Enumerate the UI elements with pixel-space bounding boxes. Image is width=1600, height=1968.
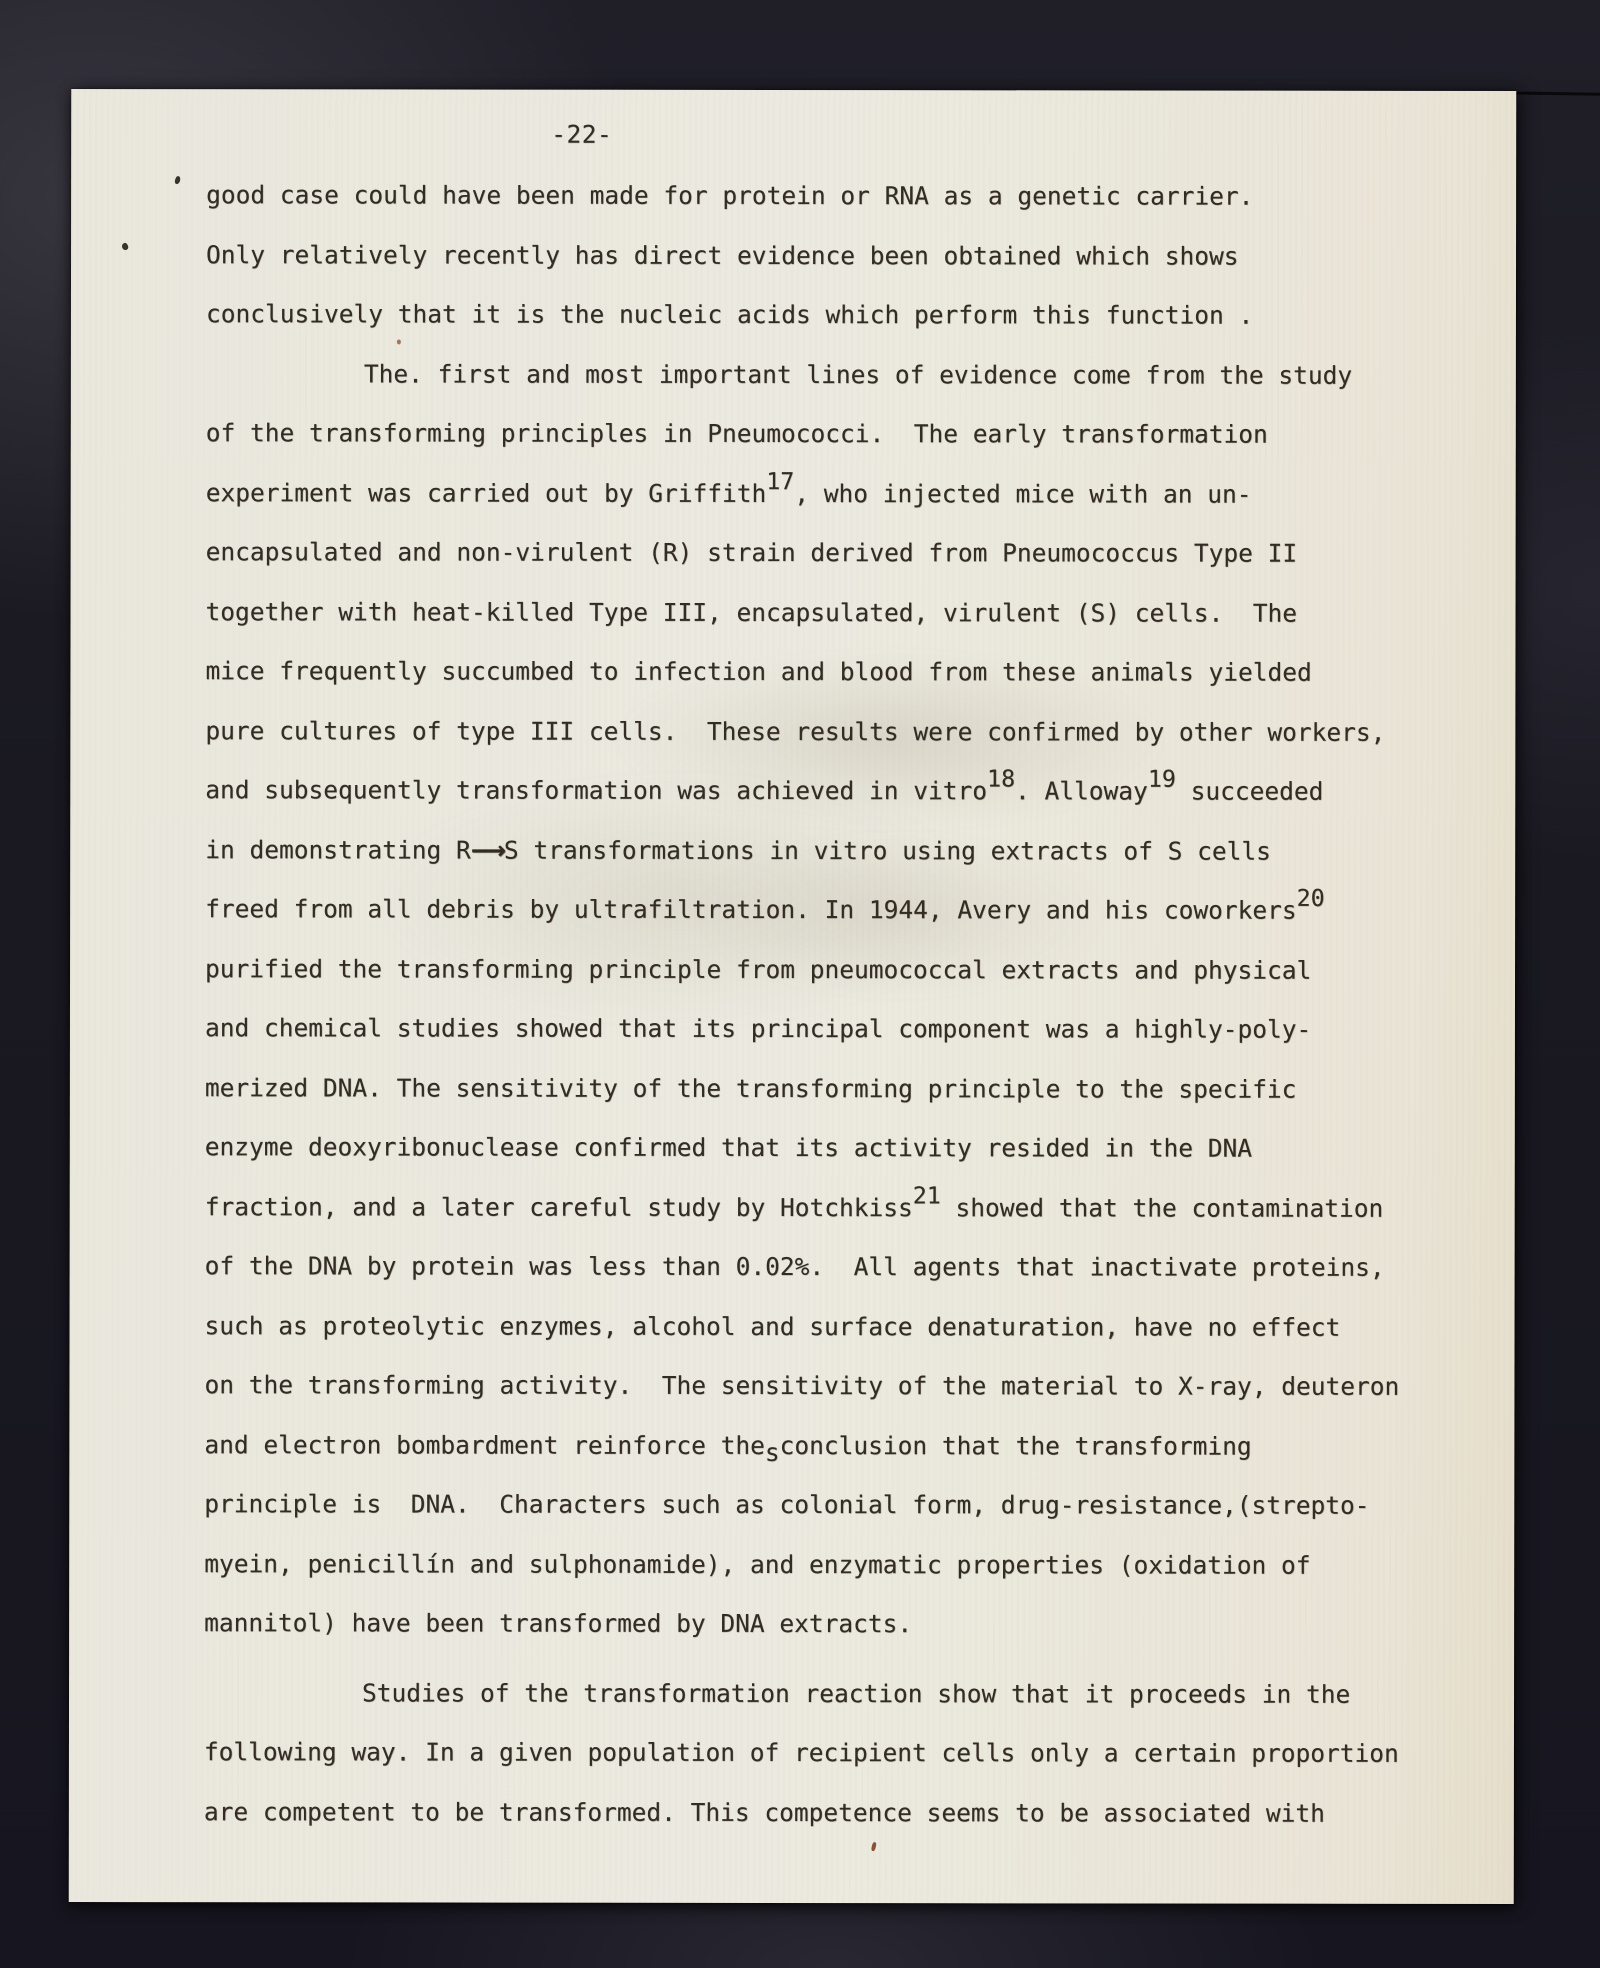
text-line: in demonstrating R⟶S transformations in … [205,835,1271,865]
text-line: myein, penicillín and sulphonamide), and… [204,1549,1310,1580]
text-line: and subsequently transformation was achi… [205,775,1323,806]
text-segment: on the transforming activity. The sensit… [204,1370,1399,1401]
text-segment: and chemical studies showed that its pri… [205,1013,1311,1044]
text-segment: such as proteolytic enzymes, alcohol and… [205,1311,1341,1342]
text-segment: . Alloway [1015,776,1148,805]
text-segment: freed from all debris by ultrafiltration… [205,894,1297,925]
citation-superscript: 19 [1148,766,1176,793]
ink-speck [174,176,181,185]
text-line: purified the transforming principle from… [205,954,1311,985]
typo-subscript: s [765,1437,780,1466]
r-to-s-arrow-icon: ⟶ [471,835,504,864]
text-line: such as proteolytic enzymes, alcohol and… [205,1311,1341,1342]
text-line: of the DNA by protein was less than 0.02… [205,1251,1385,1282]
citation-superscript: 18 [987,765,1015,792]
text-line: encapsulated and non-virulent (R) strain… [206,537,1298,568]
text-segment: Only relatively recently has direct evid… [206,240,1239,270]
text-line: on the transforming activity. The sensit… [204,1370,1399,1401]
text-segment: enzyme deoxyribonuclease confirmed that … [205,1132,1252,1162]
text-segment: mannitol) have been transformed by DNA e… [204,1608,912,1638]
text-line: conclusively that it is the nucleic acid… [206,299,1253,329]
text-segment: pure cultures of type III cells. These r… [205,716,1385,747]
citation-superscript: 20 [1297,885,1325,912]
text-segment: good case could have been made for prote… [206,180,1253,210]
text-segment: together with heat-killed Type III, enca… [206,597,1298,628]
text-segment: merized DNA. The sensitivity of the tran… [205,1073,1297,1104]
text-line: The. first and most important lines of e… [206,359,1352,390]
text-segment: conclusively that it is the nucleic acid… [206,299,1253,329]
text-line: merized DNA. The sensitivity of the tran… [205,1073,1297,1104]
document-page: -22- good case could have been made for … [69,89,1517,1904]
text-segment: principle is DNA. Characters such as col… [204,1489,1369,1520]
text-segment: are competent to be transformed. This co… [204,1797,1325,1828]
text-segment: purified the transforming principle from… [205,954,1311,985]
text-segment: fraction, and a later careful study by H… [205,1192,913,1222]
text-line: and electron bombardment reinforce thesc… [204,1430,1251,1460]
text-line: enzyme deoxyribonuclease confirmed that … [205,1132,1252,1162]
text-segment: conclusion that the transforming [780,1430,1252,1460]
citation-superscript: 17 [766,468,794,495]
text-line: fraction, and a later careful study by H… [205,1192,1384,1223]
text-segment: The. first and most important lines of e… [364,359,1352,389]
text-segment: and subsequently transformation was achi… [205,775,987,805]
text-line: principle is DNA. Characters such as col… [204,1489,1369,1520]
text-segment: following way. In a given population of … [204,1737,1399,1768]
document-text: good case could have been made for prote… [71,89,1516,91]
text-line: pure cultures of type III cells. These r… [205,716,1385,747]
text-line: good case could have been made for prote… [206,180,1253,210]
text-segment: succeeded [1176,777,1324,806]
text-segment: myein, penicillín and sulphonamide), and… [204,1549,1310,1580]
text-line: following way. In a given population of … [204,1737,1399,1768]
text-segment: showed that the contamination [941,1193,1384,1223]
citation-superscript: 21 [913,1182,941,1209]
text-segment: Studies of the transformation reaction s… [362,1678,1350,1708]
text-line: mice frequently succumbed to infection a… [205,656,1311,687]
text-line: of the transforming principles in Pneumo… [206,418,1268,448]
text-segment: mice frequently succumbed to infection a… [205,656,1311,687]
text-line: Only relatively recently has direct evid… [206,240,1239,270]
text-line: and chemical studies showed that its pri… [205,1013,1311,1044]
text-segment: of the transforming principles in Pneumo… [206,418,1268,448]
text-line: Studies of the transformation reaction s… [204,1678,1350,1709]
text-segment: S transformations in vitro using extract… [504,835,1271,865]
desk-background: -22- good case could have been made for … [0,0,1600,1968]
ink-speck [871,1842,877,1852]
text-line: are competent to be transformed. This co… [204,1797,1325,1828]
text-segment: and electron bombardment reinforce the [204,1430,765,1460]
text-line: mannitol) have been transformed by DNA e… [204,1608,912,1638]
text-segment: of the DNA by protein was less than 0.02… [205,1251,1385,1282]
ink-speck [121,242,130,251]
text-line: experiment was carried out by Griffith17… [206,478,1252,508]
text-segment: , who injected mice with an un- [794,479,1251,509]
text-segment: encapsulated and non-virulent (R) strain… [206,537,1298,568]
text-segment: experiment was carried out by Griffith [206,478,767,508]
ink-speck [397,339,401,344]
page-number: -22- [551,120,612,149]
text-segment: in demonstrating R [205,835,471,864]
text-line: freed from all debris by ultrafiltration… [205,894,1325,925]
text-line: together with heat-killed Type III, enca… [206,597,1298,628]
